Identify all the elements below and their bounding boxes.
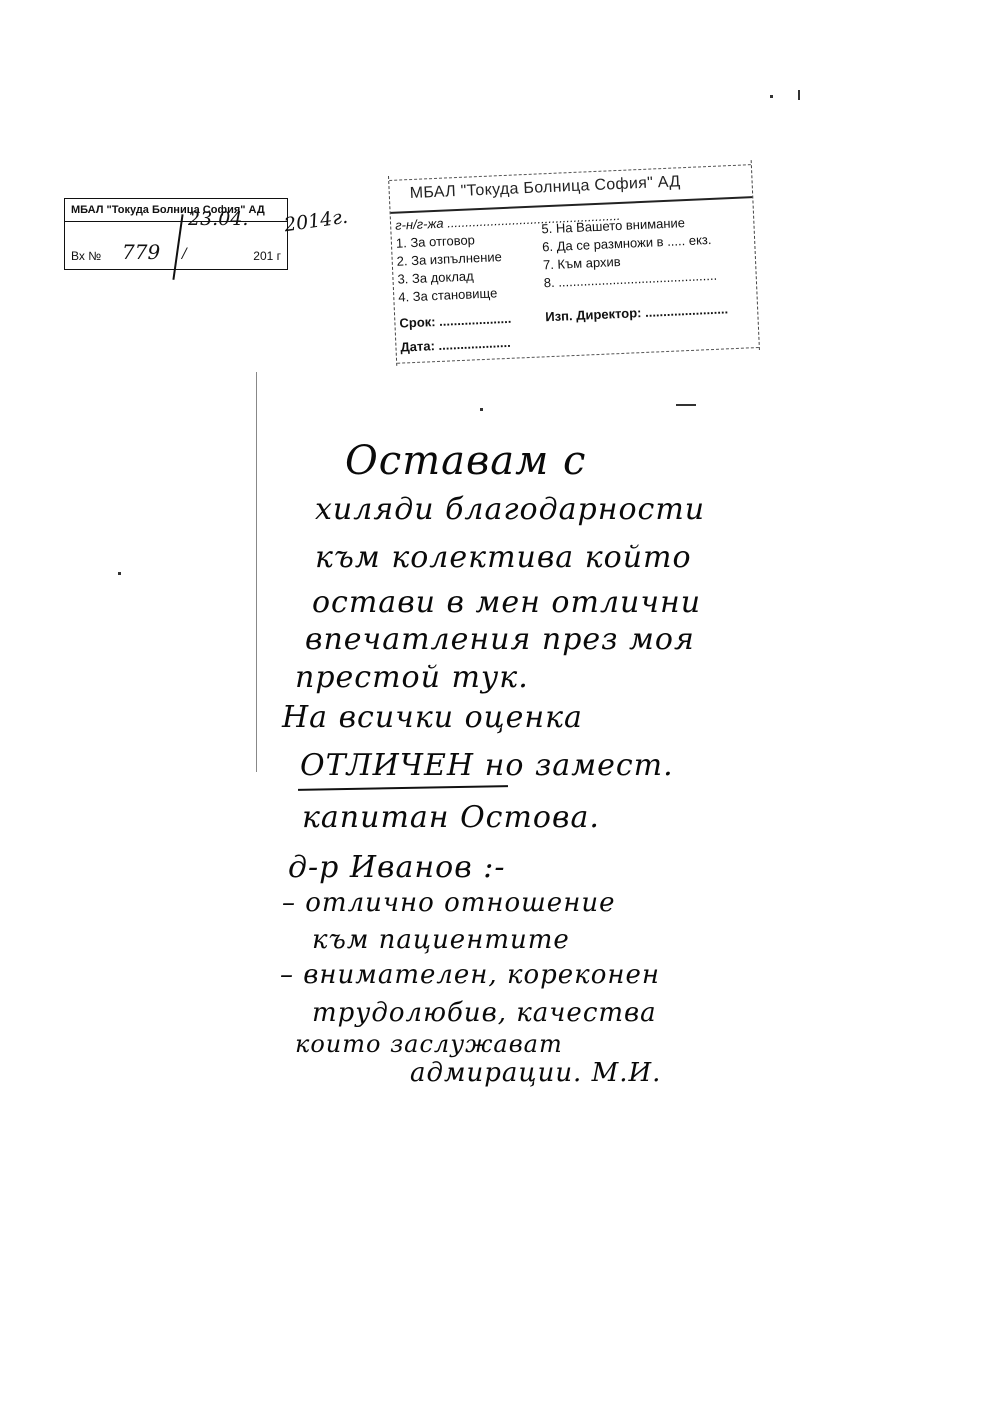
scan-mark <box>770 95 773 98</box>
scan-mark <box>480 408 483 411</box>
note-line: капитан Остова. <box>302 800 600 835</box>
handwritten-note: Оставам с хиляди благодарности към колек… <box>0 0 1000 1414</box>
emphasis-underline <box>298 785 508 791</box>
note-line: ОТЛИЧЕН но замест. <box>300 748 674 783</box>
scan-mark <box>118 572 121 575</box>
note-line: – отлично отношение <box>282 888 615 918</box>
note-line: към колектива който <box>315 540 692 575</box>
scan-edge-line <box>256 372 257 772</box>
scan-mark <box>676 404 696 406</box>
note-line: впечатления през моя <box>305 622 695 657</box>
note-line: престой тук. <box>295 660 529 695</box>
scan-mark <box>798 90 800 100</box>
note-line: Оставам с <box>345 438 586 484</box>
note-line: трудолюбив, качества <box>312 998 657 1028</box>
note-line: адмирации. М.И. <box>410 1058 661 1088</box>
note-line: д-р Иванов :- <box>288 850 505 885</box>
note-line: които заслужават <box>295 1030 563 1058</box>
note-line: към пациентите <box>312 925 570 955</box>
note-line: хиляди благодарности <box>315 492 705 527</box>
note-line: На всички оценка <box>282 700 583 735</box>
note-line: остави в мен отлични <box>312 585 701 620</box>
note-line: – внимателен, кореконен <box>280 960 660 990</box>
